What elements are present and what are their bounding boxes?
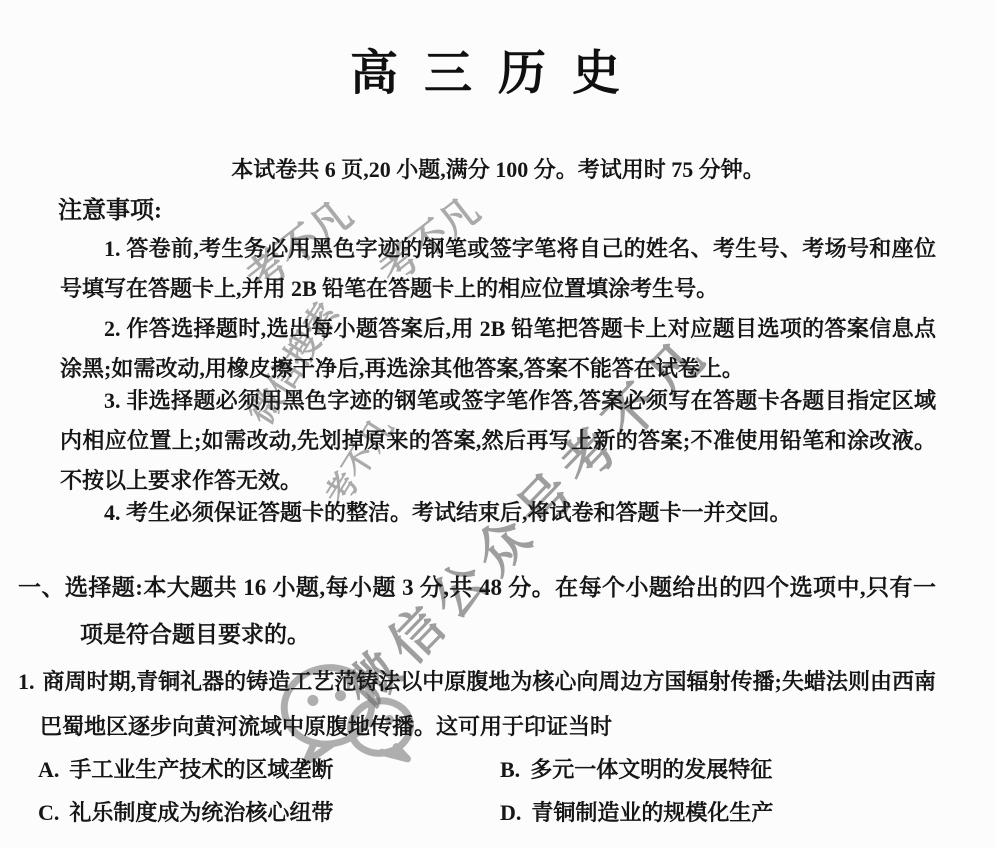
option-b-text: 多元一体文明的发展特征 xyxy=(530,757,772,782)
option-a-text: 手工业生产技术的区域垄断 xyxy=(69,757,333,782)
option-d-text: 青铜制造业的规模化生产 xyxy=(531,800,773,825)
section-heading: 一、选择题:本大题共 16 小题,每小题 3 分,共 48 分。在每个小题给出的… xyxy=(18,564,936,658)
notice-heading: 注意事项: xyxy=(58,190,162,225)
option-c: C.礼乐制度成为统治核心纽带 xyxy=(38,796,333,827)
option-a: A.手工业生产技术的区域垄断 xyxy=(38,753,333,784)
option-c-label: C. xyxy=(38,800,59,825)
question-1-text: 商周时期,青铜礼器的铸造工艺范铸法以中原腹地为核心向周边方国辐射传播;失蜡法则由… xyxy=(40,669,936,739)
page-title: 高三历史 xyxy=(0,34,996,103)
notice-item-3: 3. 非选择题必须用黑色字迹的钢笔或签字笔作答,答案必须写在答题卡各题目指定区域… xyxy=(60,381,936,501)
notice-item-1: 1. 答卷前,考生务必用黑色字迹的钢笔或签字笔将自己的姓名、考生号、考场号和座位… xyxy=(60,229,936,309)
notice-item-4: 4. 考生必须保证答题卡的整洁。考试结束后,将试卷和答题卡一并交回。 xyxy=(60,493,936,533)
question-1-stem: 1.商周时期,青铜礼器的铸造工艺范铸法以中原腹地为核心向周边方国辐射传播;失蜡法… xyxy=(18,659,936,749)
question-1-options: A.手工业生产技术的区域垄断 B.多元一体文明的发展特征 C.礼乐制度成为统治核… xyxy=(38,753,958,843)
document-content: 高三历史 本试卷共 6 页,20 小题,满分 100 分。考试用时 75 分钟。… xyxy=(0,0,996,848)
notice-item-2: 2. 作答选择题时,选出每小题答案后,用 2B 铅笔把答题卡上对应题目选项的答案… xyxy=(60,309,936,389)
exam-paper-page: 考不凡 考不凡 微信搜索 考不凡 微信公众号考不凡 高三历史 本试卷共 6 页,… xyxy=(0,0,996,848)
question-1-number: 1. xyxy=(18,669,35,694)
question-1: 1.商周时期,青铜礼器的铸造工艺范铸法以中原腹地为核心向周边方国辐射传播;失蜡法… xyxy=(18,659,936,749)
option-b: B.多元一体文明的发展特征 xyxy=(500,753,772,784)
option-b-label: B. xyxy=(500,757,520,782)
option-d: D.青铜制造业的规模化生产 xyxy=(500,796,773,827)
option-a-label: A. xyxy=(38,757,59,782)
option-c-text: 礼乐制度成为统治核心纽带 xyxy=(69,800,333,825)
exam-info-line: 本试卷共 6 页,20 小题,满分 100 分。考试用时 75 分钟。 xyxy=(0,153,996,184)
option-d-label: D. xyxy=(500,800,521,825)
